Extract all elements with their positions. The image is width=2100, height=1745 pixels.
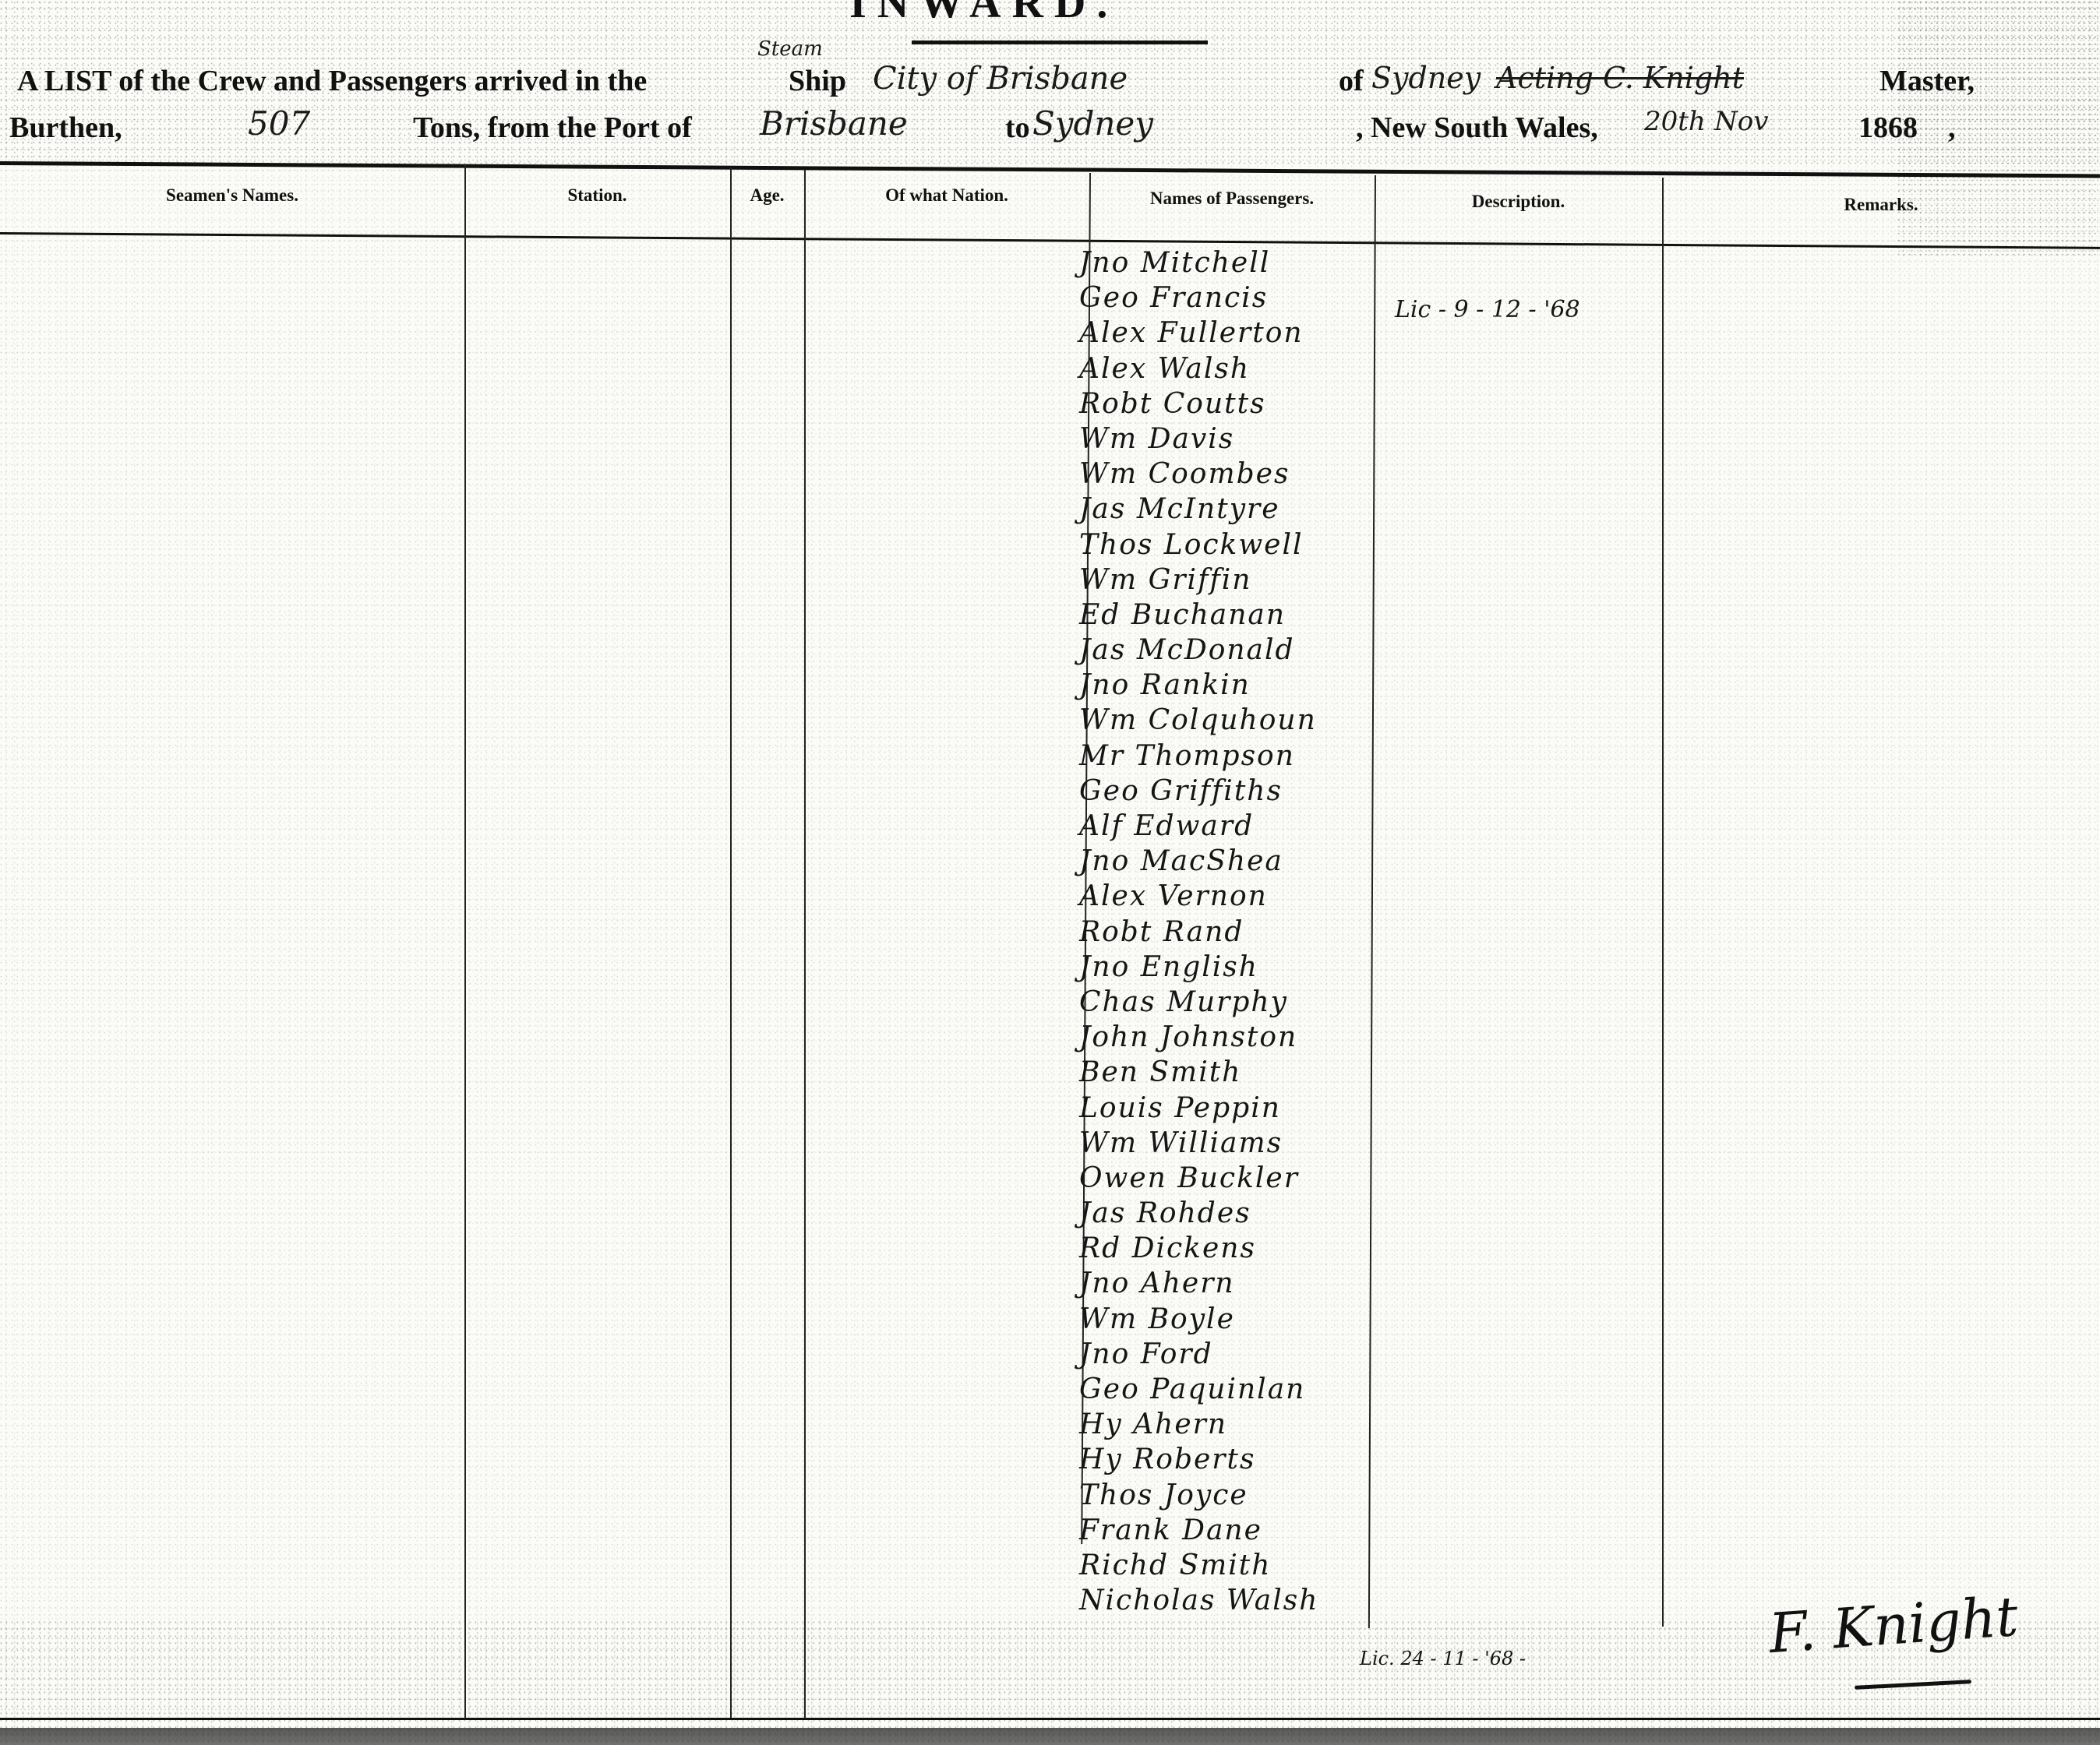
master-name: Acting C. Knight	[1496, 61, 1744, 95]
column-divider	[464, 165, 466, 1719]
passenger-name: Wm Davis	[1079, 421, 1406, 457]
header-line-1-prefix: A LIST of the Crew and Passengers arrive…	[17, 64, 647, 98]
form-title: INWARD.	[849, 0, 1118, 28]
passenger-name: Wm Williams	[1079, 1126, 1406, 1161]
column-divider	[804, 170, 806, 1718]
passenger-name: Wm Boyle	[1079, 1302, 1406, 1337]
trailing-comma: ,	[1948, 111, 1956, 145]
passenger-name: Owen Buckler	[1079, 1161, 1406, 1196]
passenger-name: Richd Smith	[1079, 1548, 1406, 1583]
title-underline	[912, 41, 1208, 44]
passenger-name: Chas Murphy	[1079, 985, 1406, 1020]
paper-texture	[0, 0, 2100, 1745]
date-year: 1868	[1858, 111, 1918, 145]
column-header-passenger-names: Names of Passengers.	[1089, 189, 1375, 209]
new-south-wales-label: , New South Wales,	[1356, 111, 1598, 145]
ship-name: City of Brisbane	[873, 61, 1128, 97]
passenger-name: Ben Smith	[1079, 1055, 1406, 1090]
passenger-name: Ed Buchanan	[1079, 598, 1406, 633]
passenger-name: Geo Francis	[1079, 280, 1406, 316]
passenger-name: Jno English	[1079, 950, 1406, 985]
signature-underline	[1855, 1680, 1971, 1690]
master-signature: F. Knight	[1767, 1585, 2021, 1666]
passenger-name: Geo Paquinlan	[1079, 1372, 1406, 1407]
passenger-name: Rd Dickens	[1079, 1231, 1406, 1266]
passenger-name: Frank Dane	[1079, 1513, 1406, 1548]
vessel-type-annotation: Steam	[757, 37, 823, 61]
passenger-name: Jno Ford	[1079, 1337, 1406, 1372]
passenger-name: Jno Ahern	[1079, 1266, 1406, 1301]
passenger-name: Jas Rohdes	[1079, 1196, 1406, 1231]
passenger-name: Thos Joyce	[1079, 1478, 1406, 1513]
passenger-name: Alex Fullerton	[1079, 316, 1406, 351]
passenger-name: Hy Roberts	[1079, 1442, 1406, 1477]
passenger-name: Jas McIntyre	[1079, 492, 1406, 527]
column-divider	[1662, 178, 1664, 1627]
description-note: Lic - 9 - 12 - '68	[1395, 296, 1580, 323]
port-of-registry: Sydney	[1371, 61, 1481, 95]
passenger-name: Jno Rankin	[1079, 668, 1406, 703]
passenger-name: Robt Coutts	[1079, 386, 1406, 421]
burthen-tons: 507	[248, 104, 310, 143]
of-label: of	[1339, 64, 1364, 98]
page-bottom-edge	[0, 1728, 2100, 1745]
date-day: 20th	[1644, 106, 1706, 137]
passenger-name: Jno MacShea	[1079, 844, 1406, 879]
ship-label: Ship	[789, 64, 846, 98]
description-note: Lic. 24 - 11 - '68 -	[1360, 1648, 1526, 1669]
passenger-name: Louis Peppin	[1079, 1091, 1406, 1126]
column-header-description: Description.	[1375, 192, 1662, 212]
to-port: Sydney	[1032, 104, 1153, 143]
passenger-name: Wm Colquhoun	[1079, 703, 1406, 738]
passenger-name: Geo Griffiths	[1079, 774, 1406, 809]
passenger-name: John Johnston	[1079, 1020, 1406, 1055]
to-label: to	[1005, 111, 1030, 145]
table-top-rule	[0, 161, 2100, 178]
date-month: Nov	[1714, 106, 1768, 137]
column-divider	[730, 167, 732, 1718]
passenger-name: Robt Rand	[1079, 915, 1406, 950]
master-label: Master,	[1879, 64, 1975, 98]
tons-from-port-label: Tons, from the Port of	[413, 111, 692, 145]
passenger-name: Jno Mitchell	[1079, 245, 1406, 280]
column-header-age: Age.	[730, 185, 804, 206]
passenger-name: Nicholas Walsh	[1079, 1583, 1406, 1618]
burthen-label: Burthen,	[9, 111, 122, 145]
column-header-station: Station.	[464, 185, 730, 206]
passenger-name: Wm Coombes	[1079, 457, 1406, 492]
passenger-name: Mr Thompson	[1079, 739, 1406, 774]
passenger-name: Alex Vernon	[1079, 879, 1406, 914]
paper-texture-right	[1897, 0, 2100, 257]
from-port: Brisbane	[760, 104, 908, 143]
passenger-name: Alf Edward	[1079, 809, 1406, 844]
table-bottom-rule	[0, 1718, 2100, 1720]
column-header-nation: Of what Nation.	[804, 185, 1089, 206]
column-header-seamen-names: Seamen's Names.	[0, 185, 464, 206]
passenger-list: Jno Mitchell Geo Francis Alex Fullerton …	[1079, 245, 1406, 1618]
header-bottom-rule	[0, 232, 2100, 249]
passenger-name: Thos Lockwell	[1079, 527, 1406, 562]
column-header-remarks: Remarks.	[1662, 195, 2100, 215]
passenger-name: Jas McDonald	[1079, 633, 1406, 668]
passenger-name: Alex Walsh	[1079, 351, 1406, 386]
passenger-name: Hy Ahern	[1079, 1407, 1406, 1442]
passenger-name: Wm Griffin	[1079, 562, 1406, 598]
